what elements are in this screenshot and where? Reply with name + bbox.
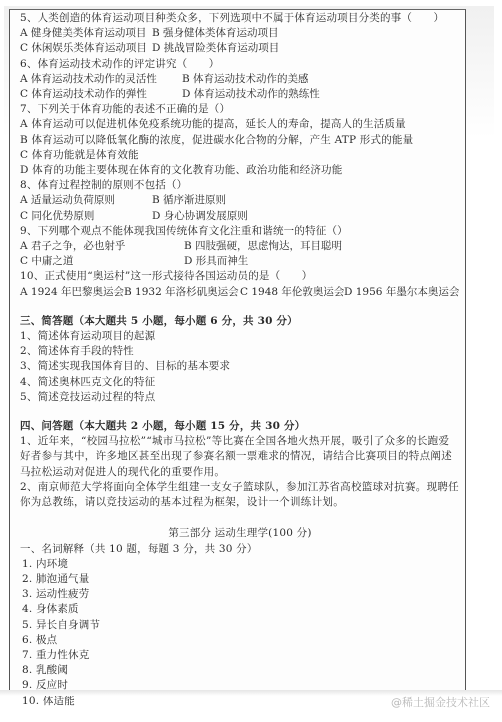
options-row: A 健身健美类体育运动项目 B 强身健体类体育运动项目: [20, 26, 460, 41]
options-row: C 中庸之道 D 形具而神生: [20, 254, 460, 269]
term-item: 8. 乳酸阈: [22, 663, 460, 678]
option: C 体育功能就是体育效能: [20, 148, 460, 163]
essay-question: 2、南京师范大学将面向全体学生组建一支女子篮球队，参加江苏省高校篮球对抗赛。现聘…: [20, 480, 460, 510]
options-row: A 1924 年巴黎奥运会 B 1932 年洛杉矶奥运会 C 1948 年伦敦奥…: [20, 285, 460, 300]
question-stem: 8、体育过程控制的原则不包括（）: [20, 178, 460, 193]
question-stem: 6、体育运动技术动作的评定讲究（ ）: [20, 57, 460, 72]
option: D 挑战冒险类体育运动项目: [152, 41, 279, 56]
term-list: 1. 内环境 2. 肺泡通气量 3. 运动性疲劳 4. 身体素质 5. 异长自身…: [20, 557, 460, 709]
term-item: 6. 极点: [22, 633, 460, 648]
option: C 休闲娱乐类体育运动项目: [20, 41, 152, 56]
options-row: C 休闲娱乐类体育运动项目 D 挑战冒险类体育运动项目: [20, 41, 460, 56]
short-answer-item: 5、简述竞技运动过程的特点: [20, 390, 460, 405]
option: C 中庸之道: [20, 254, 184, 269]
spacer: [20, 405, 460, 419]
term-item: 7. 重力性休克: [22, 648, 460, 663]
option: C 体育运动技术动作的弹性: [20, 87, 182, 102]
section-heading: 一、名词解释（共 10 题，每题 3 分，共 30 分）: [20, 542, 460, 557]
short-answer-item: 4、简述奥林匹克文化的特征: [20, 375, 460, 390]
option: D 体育的功能主要体现在体育的文化教育功能、政治功能和经济功能: [20, 163, 460, 178]
option: C 1948 年伦敦奥运会: [240, 285, 344, 300]
options-row: C 体育运动技术动作的弹性 D 体育运动技术动作的熟练性: [20, 87, 460, 102]
option: D 体育运动技术动作的熟练性: [182, 87, 320, 102]
option: A 体育运动技术动作的灵活性: [20, 72, 182, 87]
question-stem: 10、正式使用“奥运村”这一形式接待各国运动员的是（ ）: [20, 269, 460, 284]
option: A 1924 年巴黎奥运会: [20, 285, 124, 300]
options-row: A 君子之争，必也射乎 B 四肢强硬，思虑恂达，耳目聪明: [20, 239, 460, 254]
option: A 体育运动可以促进机体免疫系统功能的提高，延长人的寿命，提高人的生活质量: [20, 117, 460, 132]
watermark: @稀土掘金技术社区: [391, 694, 490, 710]
term-item: 4. 身体素质: [22, 602, 460, 617]
spacer: [20, 510, 460, 522]
question-stem: 7、下列关于体育功能的表述不正确的是（）: [20, 102, 460, 117]
short-answer-item: 3、简述实现我国体育目的、目标的基本要求: [20, 359, 460, 374]
options-row: A 适量运动负荷原则 B 循序渐进原则: [20, 193, 460, 208]
part-title: 第三部分 运动生理学(100 分): [20, 526, 460, 541]
option: D 形具而神生: [184, 254, 248, 269]
options-row: C 同化优势原则 D 身心协调发展原则: [20, 209, 460, 224]
option: D 身心协调发展原则: [152, 209, 248, 224]
option: B 体育运动技术动作的美感: [182, 72, 309, 87]
short-answer-item: 2、简述体育手段的特性: [20, 344, 460, 359]
options-row: A 体育运动技术动作的灵活性 B 体育运动技术动作的美感: [20, 72, 460, 87]
option: D 1956 年墨尔本奥运会: [344, 285, 459, 300]
term-item: 5. 异长自身调节: [22, 618, 460, 633]
option: A 君子之争，必也射乎: [20, 239, 184, 254]
option: B 1932 年洛杉矶奥运会: [124, 285, 240, 300]
option: A 健身健美类体育运动项目: [20, 26, 152, 41]
question-stem: 9、下列哪个观点不能体现我国传统体育文化注重和谐统一的特征（）: [20, 224, 460, 239]
section-heading: 三、简答题（本大题共 5 小题，每小题 6 分，共 30 分）: [20, 314, 460, 329]
essay-question: 1、近年来，“校园马拉松”“城市马拉松”等比赛在全国各地火热开展，吸引了众多的长…: [20, 434, 460, 480]
short-answer-item: 1、简述体育运动项目的起源: [20, 329, 460, 344]
option: A 适量运动负荷原则: [20, 193, 152, 208]
spacer: [20, 300, 460, 314]
option: C 同化优势原则: [20, 209, 152, 224]
question-stem: 5、人类创造的体育运动项目种类众多，下列选项中不属于体育运动项目分类的事（ ）: [20, 11, 460, 26]
option: B 体育运动可以降低氧化酶的浓度，促进碳水化合物的分解，产生 ATP 形式的能量: [20, 133, 460, 148]
term-item: 2. 肺泡通气量: [22, 572, 460, 587]
term-item: 1. 内环境: [22, 557, 460, 572]
exam-content: 5、人类创造的体育运动项目种类众多，下列选项中不属于体育运动项目分类的事（ ） …: [20, 11, 460, 709]
option: B 强身健体类体育运动项目: [152, 26, 279, 41]
option: B 四肢强硬，思虑恂达，耳目聪明: [184, 239, 342, 254]
section-heading: 四、问答题（本大题共 2 小题，每小题 15 分，共 30 分）: [20, 419, 460, 434]
term-item: 3. 运动性疲劳: [22, 587, 460, 602]
option: B 循序渐进原则: [152, 193, 226, 208]
